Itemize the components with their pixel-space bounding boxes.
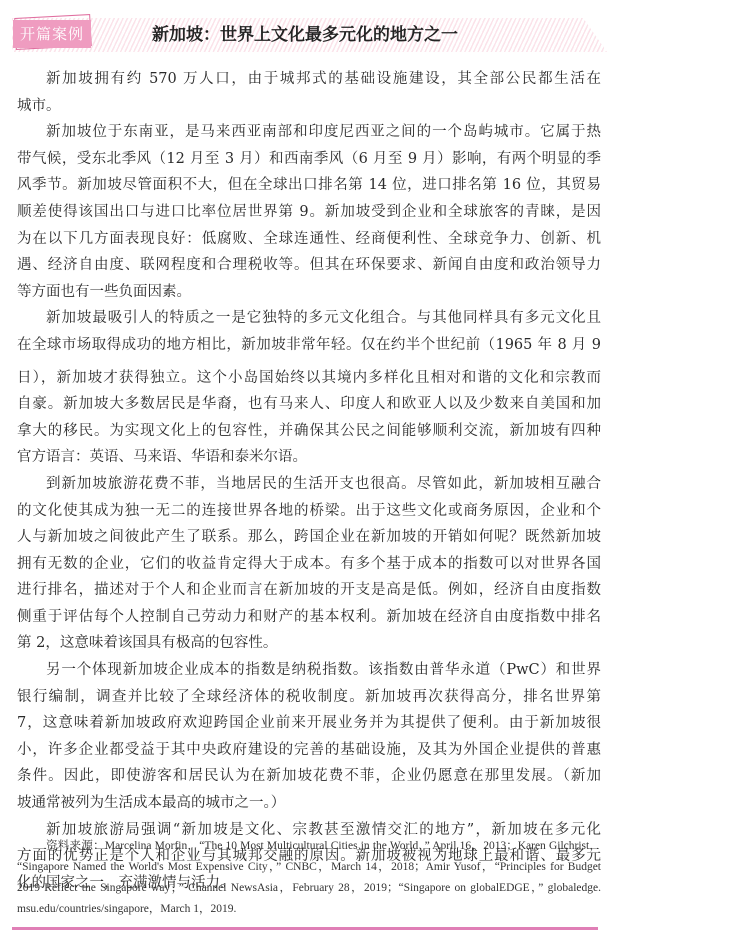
text-line: 日），新加坡才获得独立。这个小岛国始终以其境内多样化且相对和谐的文化和宗教而 [17, 365, 601, 392]
text-line: 新加坡拥有约 570 万人口，由于城邦式的基础设施建设，其全部公民都生活在 [17, 66, 601, 93]
text-line: 为在以下几方面表现良好：低腐败、全球连通性、经商便利性、全球竞争力、创新、机 [17, 226, 601, 253]
text-line: 拿大的移民。为实现文化上的包容性，并确保其公民之间能够顺利交流，新加坡有四种 [17, 418, 601, 445]
text-line: 自豪。新加坡大多数居民是华裔，也有马来人、印度人和欧亚人以及少数来自美国和加 [17, 391, 601, 418]
source-line: “Singapore Named the World's Most Expens… [17, 857, 601, 878]
article-body: 新加坡拥有约 570 万人口，由于城邦式的基础设施建设，其全部公民都生活在 城市… [17, 66, 601, 896]
paragraph-4: 到新加坡旅游花费不菲，当地居民的生活开支也很高。尽管如此，新加坡相互融合 的文化… [17, 471, 601, 657]
text-line: 7，这意味着新加坡政府欢迎跨国企业前来开展业务并为其提供了便利。由于新加坡很 [17, 710, 601, 737]
text-line: 条件。因此，即使游客和居民认为在新加坡花费不菲，企业仍愿意在那里发展。（新加 [17, 763, 601, 790]
source-line: 2019 Reflect the Singapore way，” Channel… [17, 878, 601, 899]
text-line: 在全球市场取得成功的地方相比，新加坡非常年轻。仅在约半个世纪前（1965 年 8… [17, 332, 601, 359]
text-line: 的文化使其成为独一无二的连接世界各地的桥梁。出于这些文化或商务原因，企业和个 [17, 498, 601, 525]
footer-divider [12, 927, 598, 930]
text-line: 顺差使得该国出口与进口比率位居世界第 9。新加坡受到企业和全球旅客的青睐，是因 [17, 199, 601, 226]
source-line: 资料来源：Marcelina Morfin，“The 10 Most Multi… [17, 836, 601, 857]
section-badge: 开篇案例 [13, 16, 93, 52]
paragraph-5: 另一个体现新加坡企业成本的指数是纳税指数。该指数由普华永道（PwC）和世界 银行… [17, 657, 601, 817]
text-line: 带气候，受东北季风（12 月至 3 月）和西南季风（6 月至 9 月）影响，有两… [17, 146, 601, 173]
paragraph-2: 新加坡位于东南亚，是马来西亚南部和印度尼西亚之间的一个岛屿城市。它属于热 带气候… [17, 119, 601, 305]
sources-note: 资料来源：Marcelina Morfin，“The 10 Most Multi… [17, 836, 601, 920]
text-line: 新加坡位于东南亚，是马来西亚南部和印度尼西亚之间的一个岛屿城市。它属于热 [17, 119, 601, 146]
text-line: 城市。 [17, 93, 601, 120]
source-line: msu.edu/countries/singapore，March 1，2019… [17, 899, 601, 920]
text-line: 到新加坡旅游花费不菲，当地居民的生活开支也很高。尽管如此，新加坡相互融合 [17, 471, 601, 498]
text-line: 人与新加坡之间彼此产生了联系。那么，跨国企业在新加坡的开销如何呢？既然新加坡 [17, 524, 601, 551]
text-line: 风季节。新加坡尽管面积不大，但在全球出口排名第 14 位，进口排名第 16 位，… [17, 172, 601, 199]
text-line: 进行排名，描述对于个人和企业而言在新加坡的开支是高是低。例如，经济自由度指数 [17, 577, 601, 604]
page-title: 新加坡：世界上文化最多元化的地方之一 [152, 22, 458, 48]
text-line: 另一个体现新加坡企业成本的指数是纳税指数。该指数由普华永道（PwC）和世界 [17, 657, 601, 684]
text-line: 新加坡最吸引人的特质之一是它独特的多元文化组合。与其他同样具有多元文化且 [17, 305, 601, 332]
text-line: 拥有无数的企业，它们的收益肯定得大于成本。有多个基于成本的指数可以对世界各国 [17, 551, 601, 578]
paragraph-3: 新加坡最吸引人的特质之一是它独特的多元文化组合。与其他同样具有多元文化且 在全球… [17, 305, 601, 471]
paragraph-1: 新加坡拥有约 570 万人口，由于城邦式的基础设施建设，其全部公民都生活在 城市… [17, 66, 601, 119]
text-line: 第 2，这意味着该国具有极高的包容性。 [17, 630, 601, 657]
text-line: 小，许多企业都受益于其中央政府建设的完善的基础设施，及其为外国企业提供的普惠 [17, 737, 601, 764]
text-line: 遇、经济自由度、联网程度和合理税收等。但其在环保要求、新闻自由度和政治领导力 [17, 252, 601, 279]
text-line: 坡通常被列为生活成本最高的城市之一。） [17, 790, 601, 817]
badge-label: 开篇案例 [13, 20, 91, 48]
text-line: 侧重于评估每个人控制自己劳动力和财产的基本权利。新加坡在经济自由度指数中排名 [17, 604, 601, 631]
text-line: 等方面也有一些负面因素。 [17, 279, 601, 306]
text-line: 官方语言：英语、马来语、华语和泰米尔语。 [17, 444, 601, 471]
text-line: 银行编制，调查并比较了全球经济体的税收制度。新加坡再次获得高分，排名世界第 [17, 684, 601, 711]
